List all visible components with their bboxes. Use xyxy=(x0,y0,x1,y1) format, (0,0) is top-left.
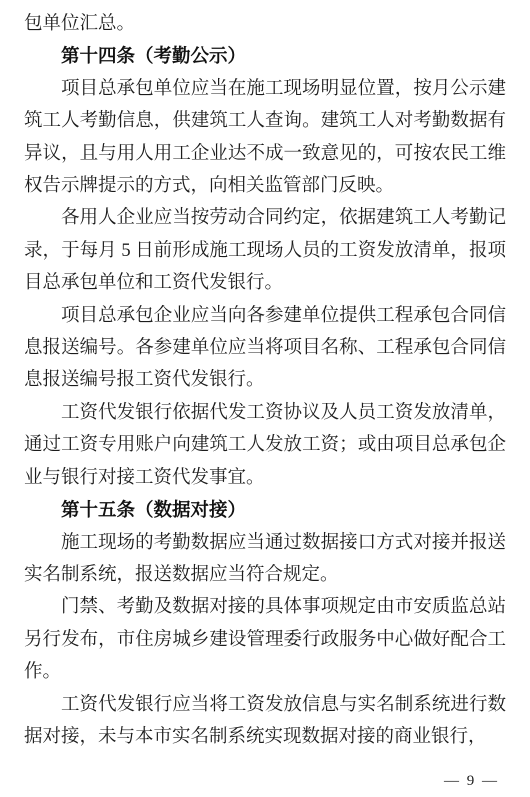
article-heading-14: 第十四条（考勤公示） xyxy=(24,40,506,72)
page-number: — 9 — xyxy=(444,772,499,790)
paragraph-access-control-rules: 门禁、考勤及数据对接的具体事项规定由市安质监总站另行发布，市住房城乡建设管理委行… xyxy=(24,591,506,688)
article-heading-15: 第十五条（数据对接） xyxy=(24,494,506,526)
paragraph-bank-wage-disbursement: 工资代发银行依据代发工资协议及人员工资发放清单，通过工资专用账户向建筑工人发放工… xyxy=(24,397,506,494)
paragraph-continuation: 包单位汇总。 xyxy=(24,8,506,40)
document-page: 包单位汇总。 第十四条（考勤公示） 项目总承包单位应当在施工现场明显位置，按月公… xyxy=(0,0,530,797)
paragraph-data-interface: 施工现场的考勤数据应当通过数据接口方式对接并报送实名制系统，报送数据应当符合规定… xyxy=(24,527,506,592)
paragraph-bank-data-connection: 工资代发银行应当将工资发放信息与实名制系统进行数据对接，未与本市实名制系统实现数… xyxy=(24,689,506,754)
paragraph-attendance-publicity: 项目总承包单位应当在施工现场明显位置，按月公示建筑工人考勤信息，供建筑工人查询。… xyxy=(24,73,506,203)
paragraph-wage-payment-list: 各用人企业应当按劳动合同约定，依据建筑工人考勤记录，于每月 5 日前形成施工现场… xyxy=(24,202,506,299)
document-body: 包单位汇总。 第十四条（考勤公示） 项目总承包单位应当在施工现场明显位置，按月公… xyxy=(24,8,506,753)
paragraph-contract-report-number: 项目总承包企业应当向各参建单位提供工程承包合同信息报送编号。各参建单位应当将项目… xyxy=(24,300,506,397)
